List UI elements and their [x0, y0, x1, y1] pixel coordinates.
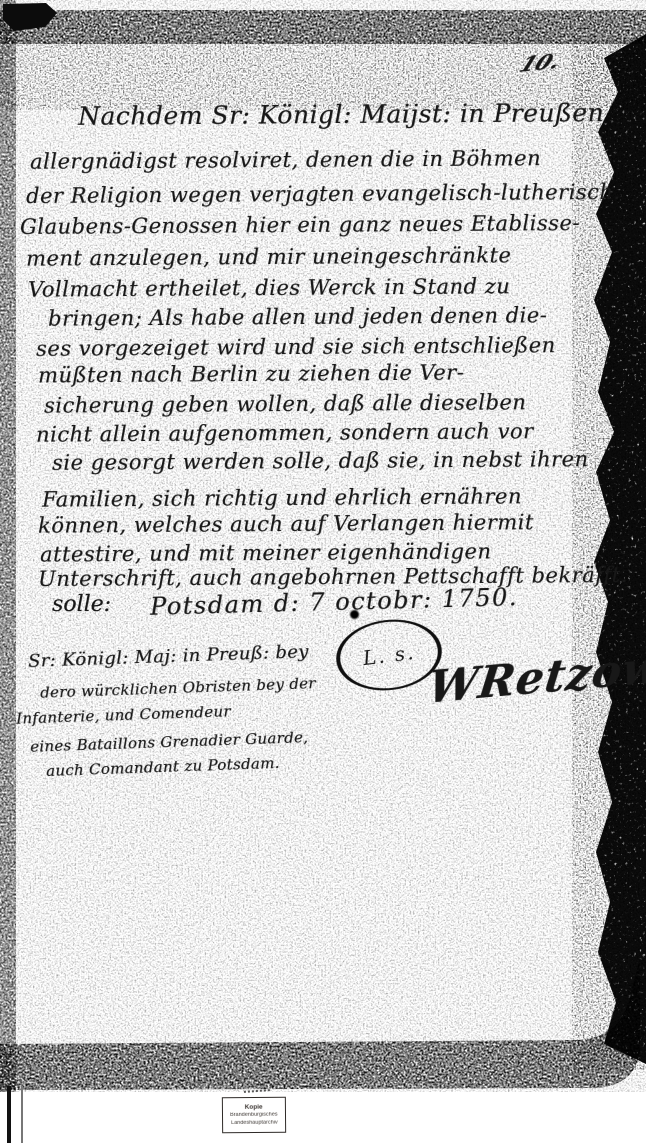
- top-edge-shadow: [0, 10, 646, 44]
- manuscript-scan: 10. Nachdem Sr: Königl: Maijst: in Preuß…: [0, 0, 646, 1143]
- manuscript-line: Vollmacht ertheilet, dies Werck in Stand…: [28, 274, 510, 301]
- manuscript-line: bringen; Als habe allen und jeden denen …: [48, 303, 547, 330]
- manuscript-line: müßten nach Berlin zu ziehen die Ver-: [38, 361, 464, 388]
- left-edge-shadow: [0, 0, 16, 1092]
- signature: WRetzow: [425, 641, 646, 713]
- signer-title-line: Sr: Königl: Maj: in Preuß: bey: [28, 641, 309, 672]
- manuscript-line: der Religion wegen verjagten evangelisch…: [26, 180, 621, 208]
- folio-number: 10.: [516, 48, 565, 77]
- manuscript-line: ses vorgezeiget wird und sie sich entsch…: [36, 333, 556, 361]
- manuscript-line: können, welches auch auf Verlangen hierm…: [38, 510, 534, 537]
- manuscript-line: ment anzulegen, und mir uneingeschränkte: [26, 243, 511, 270]
- manuscript-line: Unterschrift, auch angebohrnen Pettschaf…: [38, 563, 628, 591]
- seal-text: L. s.: [361, 640, 416, 670]
- archive-stamp: Kopie Brandenburgisches Landeshauptarchi…: [222, 1097, 286, 1134]
- corner-ink-blob: [3, 3, 57, 31]
- stamp-line: Kopie: [245, 1104, 263, 1111]
- stamp-line: Landeshauptarchiv: [231, 1120, 278, 1127]
- bottom-edge-shadow: [0, 958, 640, 1090]
- ink-dot: [350, 610, 359, 619]
- manuscript-line: nicht allein aufgenommen, sondern auch v…: [36, 419, 534, 446]
- manuscript-page: 10. Nachdem Sr: Königl: Maijst: in Preuß…: [0, 0, 646, 1092]
- binding-edge-mark: [7, 1086, 23, 1143]
- manuscript-line: allergnädigst resolviret, denen die in B…: [30, 146, 541, 174]
- signer-title-line: Infanterie, und Comendeur: [16, 702, 231, 727]
- manuscript-line: attestire, und mit meiner eigenhändigen: [40, 539, 492, 566]
- signer-title-line: eines Bataillons Grenadier Guarde,: [30, 728, 309, 756]
- manuscript-line: Familien, sich richtig und ehrlich ernäh…: [42, 484, 522, 511]
- manuscript-line: sicherung geben wollen, daß alle dieselb…: [44, 390, 526, 417]
- pencil-scribble: [244, 1089, 270, 1096]
- signer-title-line: auch Comandant zu Potsdam.: [46, 754, 280, 780]
- closing-word: solle:: [52, 592, 111, 617]
- manuscript-line: Nachdem Sr: Königl: Maijst: in Preußen: [78, 98, 604, 131]
- stamp-line: Brandenburgisches: [230, 1112, 278, 1119]
- manuscript-line: Glaubens-Genossen hier ein ganz neues Et…: [20, 211, 580, 239]
- manuscript-line: sie gesorgt werden solle, daß sie, in ne…: [52, 447, 589, 475]
- signer-title-line: dero würcklichen Obristen bey der: [40, 674, 316, 702]
